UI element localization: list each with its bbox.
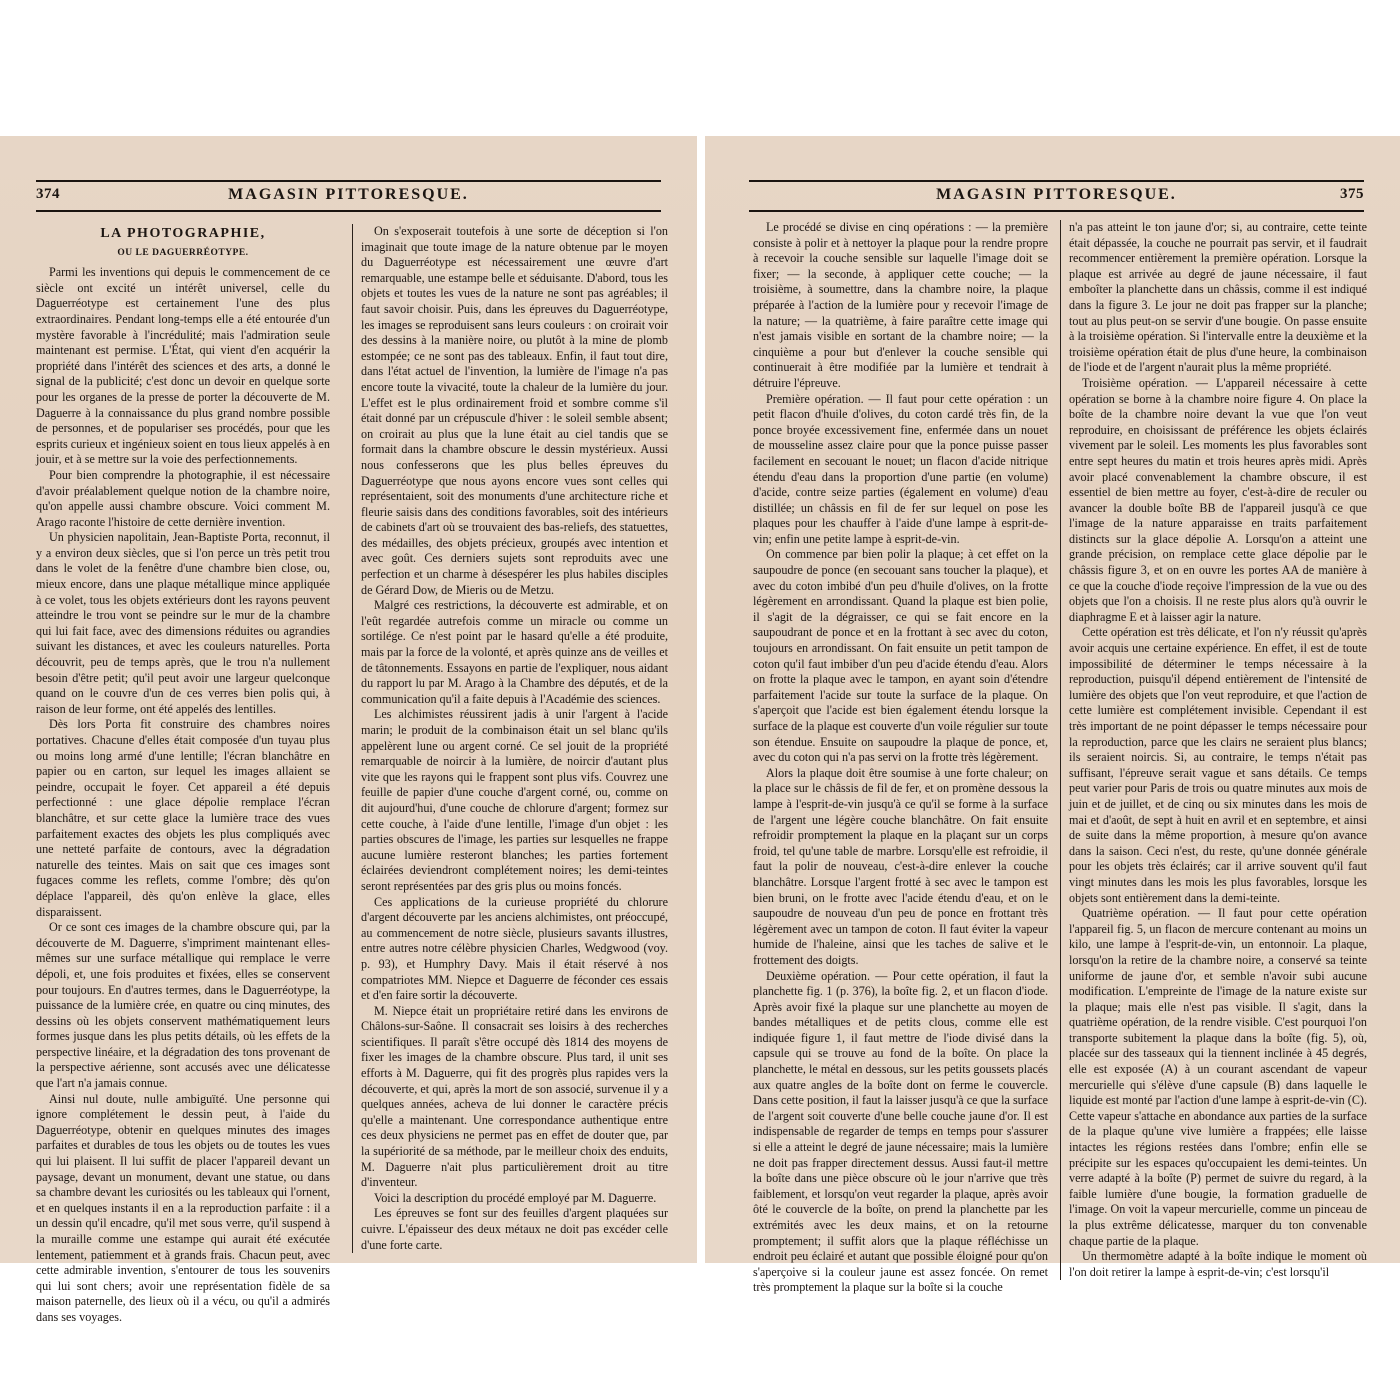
article-title: LA PHOTOGRAPHIE, (36, 226, 330, 242)
column-2: n'a pas atteint le ton jaune d'or; si, a… (1060, 220, 1367, 1280)
paragraph: Quatrième opération. — Il faut pour cett… (1069, 906, 1367, 1249)
magazine-title: MAGASIN PITTORESQUE. (36, 186, 661, 204)
paragraph: Les alchimistes réussirent jadis à unir … (361, 707, 668, 894)
running-header: MAGASIN PITTORESQUE. 375 (749, 180, 1364, 212)
right-page-375: MAGASIN PITTORESQUE. 375 Le procédé se d… (705, 136, 1400, 1263)
paragraph: Deuxième opération. — Pour cette opérati… (753, 969, 1048, 1296)
magazine-title: MAGASIN PITTORESQUE. (749, 186, 1364, 204)
paragraph: Ces applications de la curieuse propriét… (361, 895, 668, 1004)
paragraph: Un physicien napolitain, Jean-Baptiste P… (36, 530, 330, 717)
paragraph: n'a pas atteint le ton jaune d'or; si, a… (1069, 220, 1367, 376)
paragraph: On s'exposerait toutefois à une sorte de… (361, 224, 668, 598)
paragraph: Malgré ces restrictions, la découverte e… (361, 598, 668, 707)
paragraph: Première opération. — Il faut pour cette… (753, 392, 1048, 548)
column-1: Le procédé se divise en cinq opérations … (753, 220, 1048, 1296)
paragraph: Le procédé se divise en cinq opérations … (753, 220, 1048, 392)
paragraph: Dès lors Porta fit construire des chambr… (36, 717, 330, 920)
paragraph: Un thermomètre adapté à la boîte indique… (1069, 1249, 1367, 1280)
paragraph: Pour bien comprendre la photographie, il… (36, 468, 330, 530)
left-page-374: 374 MAGASIN PITTORESQUE. LA PHOTOGRAPHIE… (0, 136, 697, 1263)
paragraph: Ainsi nul doute, nulle ambiguïté. Une pe… (36, 1092, 330, 1326)
paragraph: Or ce sont ces images de la chambre obsc… (36, 920, 330, 1092)
paragraph: On commence par bien polir la plaque; à … (753, 547, 1048, 765)
paragraph: Troisième opération. — L'appareil nécess… (1069, 376, 1367, 626)
paragraph: Alors la plaque doit être soumise à une … (753, 766, 1048, 969)
paragraph: Les épreuves se font sur des feuilles d'… (361, 1206, 668, 1253)
running-header: 374 MAGASIN PITTORESQUE. (36, 180, 661, 212)
page-number: 375 (1340, 186, 1364, 203)
column-1: LA PHOTOGRAPHIE, OU LE DAGUERRÉOTYPE. Pa… (36, 220, 330, 1326)
paragraph: Voici la description du procédé employé … (361, 1191, 668, 1207)
paragraph: Cette opération est très délicate, et l'… (1069, 625, 1367, 906)
article-subtitle: OU LE DAGUERRÉOTYPE. (36, 246, 330, 262)
paragraph: Parmi les inventions qui depuis le comme… (36, 265, 330, 468)
paragraph: M. Niepce était un propriétaire retiré d… (361, 1004, 668, 1191)
column-2: On s'exposerait toutefois à une sorte de… (352, 224, 668, 1253)
